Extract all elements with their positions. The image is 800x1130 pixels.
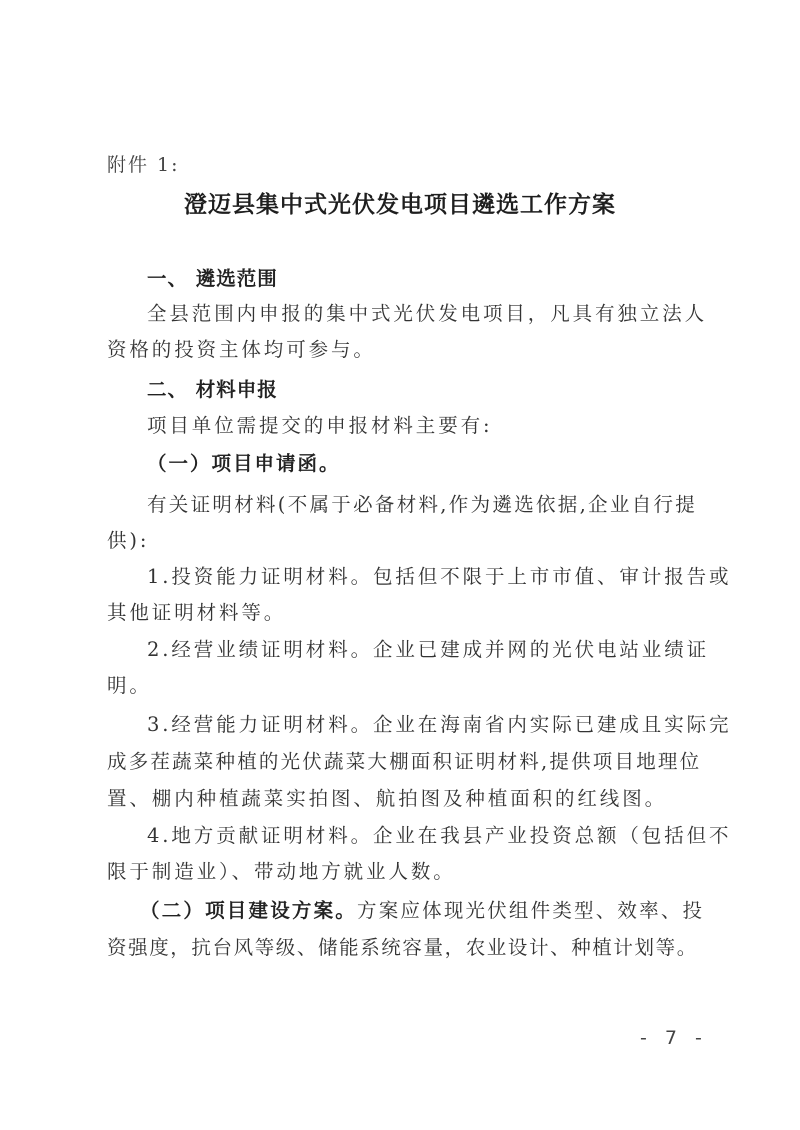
paragraph-line: 项目单位需提交的申报材料主要有: <box>147 413 702 439</box>
list-item-line: 3.经营能力证明材料。企业在海南省内实际已建成且实际完 <box>147 712 702 738</box>
paragraph-line: 有关证明材料(不属于必备材料,作为遴选依据,企业自行提 <box>147 492 702 518</box>
list-item-line: 4.地方贡献证明材料。企业在我县产业投资总额（包括但不 <box>147 823 702 849</box>
document-title: 澄迈县集中式光伏发电项目遴选工作方案 <box>0 186 800 219</box>
paragraph-line: 全县范围内申报的集中式光伏发电项目，凡具有独立法人 <box>147 301 702 327</box>
list-item-line: 2.经营业绩证明材料。企业已建成并网的光伏电站业绩证 <box>147 637 702 663</box>
document-page: 附件 1: 澄迈县集中式光伏发电项目遴选工作方案 一、 遴选范围 全县范围内申报… <box>0 0 800 1130</box>
paragraph-line: 方案应体现光伏组件类型、效率、投 <box>357 899 704 922</box>
subsection-label-construction-plan: （二）项目建设方案。 <box>140 899 357 922</box>
list-item-line: 明。 <box>107 673 702 699</box>
subsection-construction-plan: （二）项目建设方案。方案应体现光伏组件类型、效率、投 <box>140 898 702 924</box>
list-item-line: 1.投资能力证明材料。包括但不限于上市市值、审计报告或 <box>147 564 702 590</box>
list-item-line: 置、棚内种植蔬菜实拍图、航拍图及种植面积的红线图。 <box>107 786 702 812</box>
page-number: - 7 - <box>640 1027 708 1049</box>
list-item-line: 其他证明材料等。 <box>107 600 702 626</box>
section-heading-scope: 一、 遴选范围 <box>147 263 278 291</box>
section-heading-materials: 二、 材料申报 <box>147 374 278 402</box>
paragraph-line: 资格的投资主体均可参与。 <box>107 337 702 363</box>
attachment-label: 附件 1: <box>107 150 180 177</box>
paragraph-line: 资强度，抗台风等级、储能系统容量，农业设计、种植计划等。 <box>107 935 702 961</box>
subsection-label-application-letter: （一）项目申请函。 <box>147 451 702 477</box>
list-item-line: 成多茬蔬菜种植的光伏蔬菜大棚面积证明材料,提供项目地理位 <box>107 749 702 775</box>
paragraph-line: 供): <box>107 528 702 554</box>
list-item-line: 限于制造业）、带动地方就业人数。 <box>107 859 702 885</box>
